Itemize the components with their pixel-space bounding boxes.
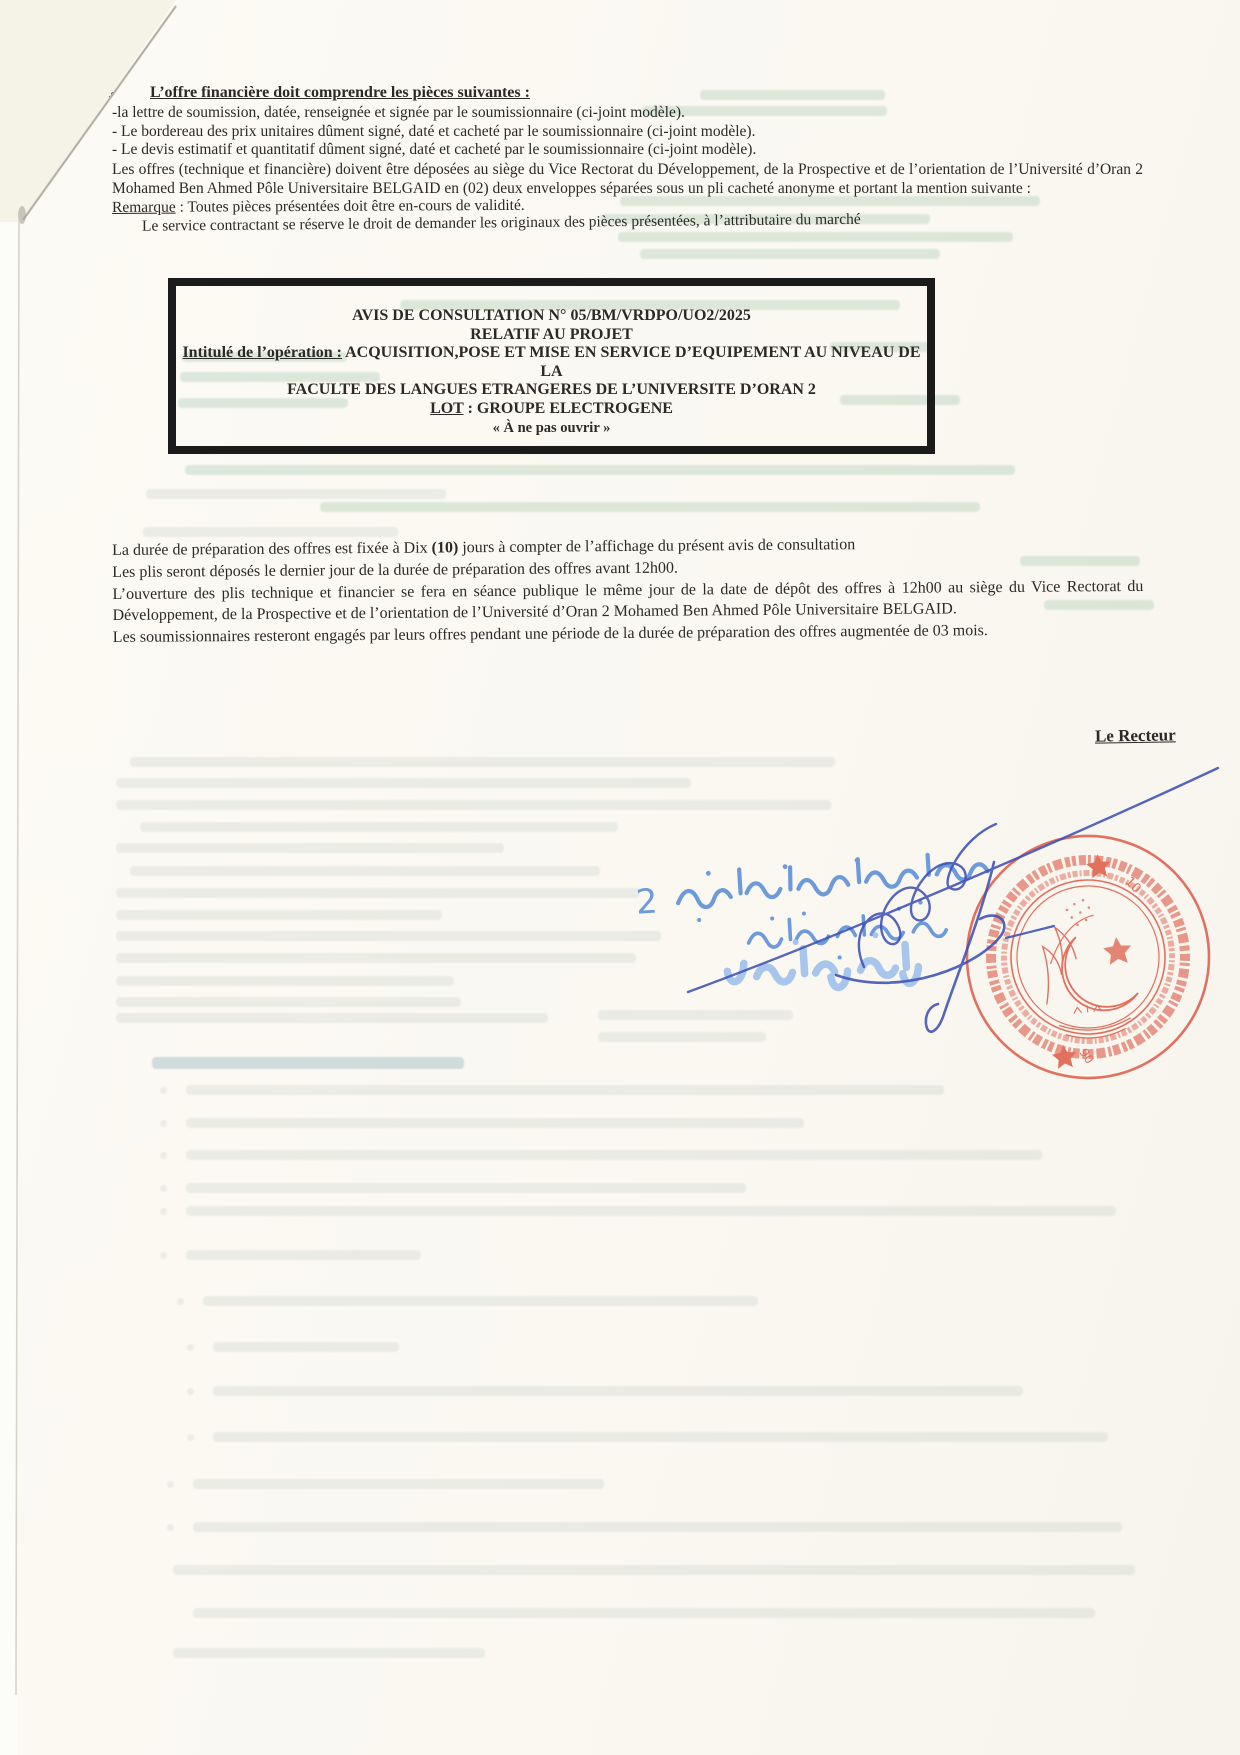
rector-sign-off: Le Recteur (1095, 725, 1176, 746)
remark-text: : Toutes pièces présentées doit être en-… (176, 196, 525, 215)
notice-line-4: FACULTE DES LANGUES ETRANGERES DE L’UNIV… (176, 381, 927, 400)
lot-text: : GROUPE ELECTROGENE (464, 400, 673, 417)
operation-label: Intitulé de l’opération : (182, 344, 342, 361)
operation-text: ACQUISITION,POSE ET MISE EN SERVICE D’EQ… (342, 344, 921, 380)
notice-line-3: Intitulé de l’opération : ACQUISITION,PO… (176, 344, 927, 381)
section-number: 3 (106, 84, 150, 102)
notice-line-1: AVIS DE CONSULTATION N° 05/BM/VRDPO/UO2/… (176, 307, 927, 326)
section-3-heading: 3L’offre financière doit comprendre les … (112, 84, 1143, 102)
required-piece-item: -la lettre de soumission, datée, renseig… (112, 104, 1143, 122)
scanned-document-page: 3L’offre financière doit comprendre les … (0, 0, 1240, 1755)
required-piece-item: - Le bordereau des prix unitaires dûment… (112, 123, 1143, 141)
section-3: 3L’offre financière doit comprendre les … (112, 84, 1143, 237)
lot-label: LOT (430, 400, 464, 417)
printed-text-layer: 3L’offre financière doit comprendre les … (0, 0, 1240, 1755)
terms-paragraphs: La durée de préparation des offres est f… (112, 532, 1144, 649)
required-piece-item: - Le devis estimatif et quantitatif dûme… (112, 141, 1143, 159)
section-heading-text: L’offre financière doit comprendre les p… (150, 84, 530, 101)
duration-text-a: La durée de préparation des offres est f… (112, 539, 432, 559)
do-not-open-line: « À ne pas ouvrir » (176, 419, 927, 438)
consultation-notice-box: AVIS DE CONSULTATION N° 05/BM/VRDPO/UO2/… (168, 278, 935, 454)
notice-line-5: LOT : GROUPE ELECTROGENE (176, 400, 927, 419)
duration-text-c: jours à compter de l’affichage du présen… (458, 536, 855, 556)
duration-days: (10) (432, 539, 459, 556)
remark-label: Remarque (112, 198, 176, 215)
submission-paragraph: Les offres (technique et financière) doi… (112, 160, 1143, 198)
notice-line-2: RELATIF AU PROJET (176, 326, 927, 345)
